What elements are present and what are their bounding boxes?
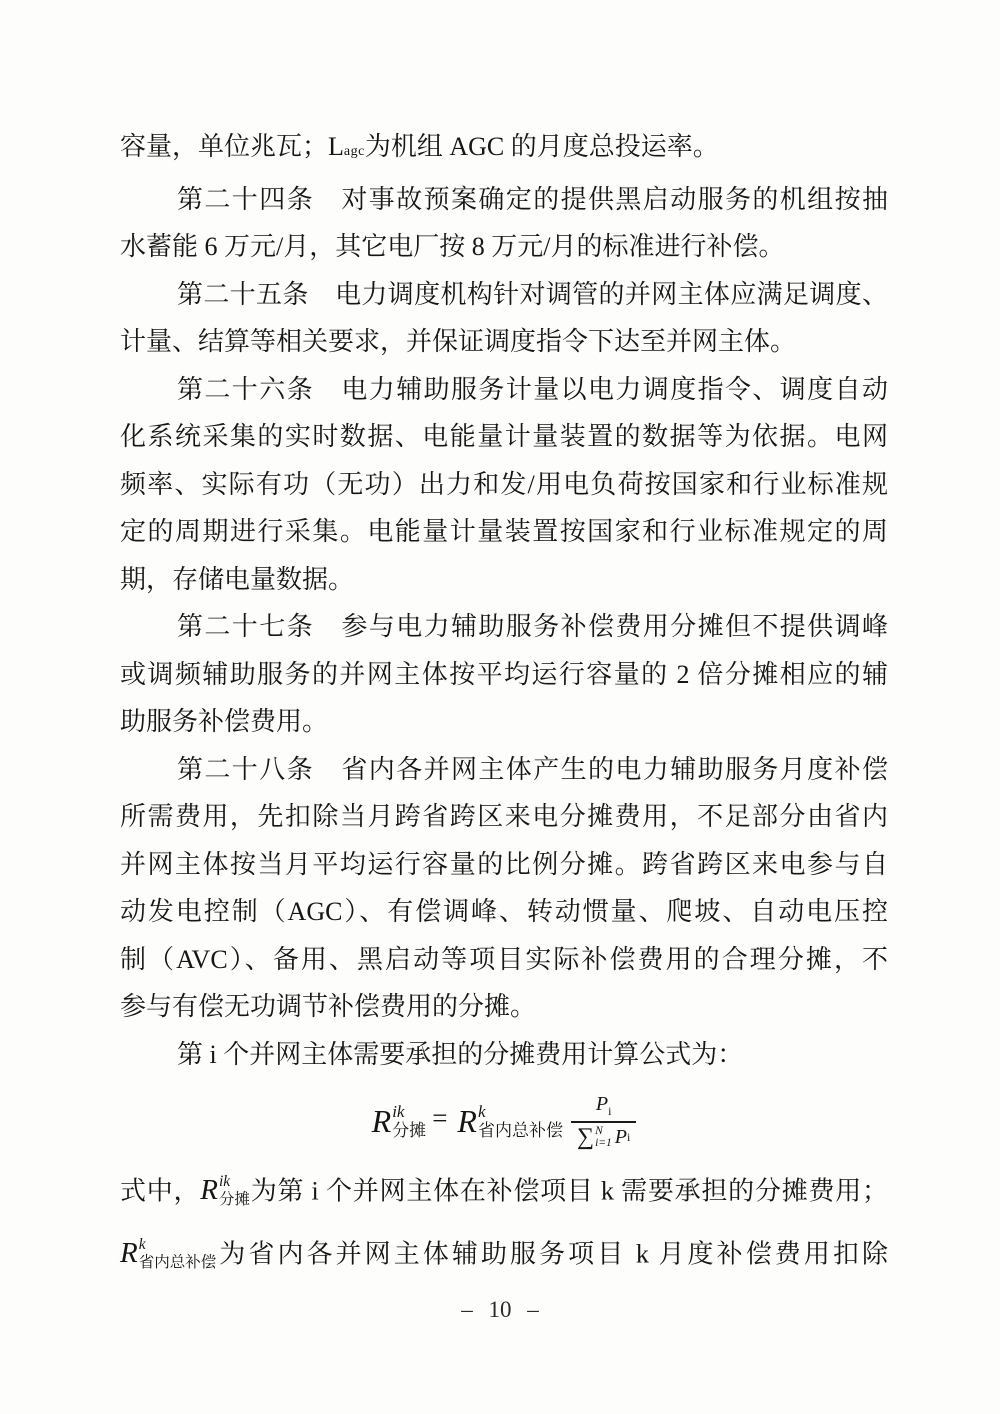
text-line: 所需费用，先扣除当月跨省跨区来电分摊费用，不足部分由省内 [120, 793, 888, 841]
lhs-supsub: ik 分摊 [392, 1102, 426, 1140]
text-line: Rk省内总补偿为省内各并网主体辅助服务项目 k 月度补偿费用扣除 [120, 1225, 888, 1288]
text-line: 参与有偿无功调节补偿费用的分摊。 [120, 983, 888, 1031]
text-line: 期，存储电量数据。 [120, 556, 888, 604]
text-line: 计量、结算等相关要求，并保证调度指令下达至并网主体。 [120, 318, 888, 366]
fraction-denominator: ∑ N i=1 Pi [571, 1121, 636, 1149]
text-line: 或调频辅助服务的并网主体按平均运行容量的 2 倍分摊相应的辅 [120, 651, 888, 699]
variable-R-total: Rk省内总补偿 [120, 1225, 216, 1282]
variable-L-agc: Lagc [328, 132, 365, 161]
fraction: Pi ∑ N i=1 Pi [571, 1093, 636, 1149]
document-page: 容量，单位兆瓦；Lagc为机组 AGC 的月度总投运率。 第二十四条 对事故预案… [0, 0, 1000, 1414]
text-line: 第二十四条 对事故预案确定的提供黑启动服务的机组按抽 [120, 176, 888, 224]
sigma-symbol: ∑ [577, 1125, 594, 1149]
line-text: 容量，单位兆瓦； [120, 132, 328, 161]
line-text: 式中， [120, 1176, 200, 1205]
allocation-formula: R ik 分摊 = R k 省内总补偿 Pi ∑ N [120, 1082, 888, 1160]
page-number: – 10 – [0, 1297, 1000, 1323]
text-line: 并网主体按当月平均运行容量的比例分摊。跨省跨区来电参与自 [120, 841, 888, 889]
text-line: 助服务补偿费用。 [120, 698, 888, 746]
sigma-limits: N i=1 [595, 1125, 612, 1149]
text-line: 式中，Rik分摊为第 i 个并网主体在补偿项目 k 需要承担的分摊费用； [120, 1162, 888, 1225]
text-body: 容量，单位兆瓦；Lagc为机组 AGC 的月度总投运率。 第二十四条 对事故预案… [120, 123, 888, 1288]
text-line: 第二十五条 电力调度机构针对调管的并网主体应满足调度、 [120, 271, 888, 319]
formula-lhs-variable: R ik 分摊 [372, 1102, 427, 1140]
text-line: 第二十七条 参与电力辅助服务补偿费用分摊但不提供调峰 [120, 603, 888, 651]
text-line: 水蓄能 6 万元/月，其它电厂按 8 万元/月的标准进行补偿。 [120, 223, 888, 271]
text-line: 容量，单位兆瓦；Lagc为机组 AGC 的月度总投运率。 [120, 123, 888, 176]
text-line: 频率、实际有功（无功）出力和发/用电负荷按国家和行业标准规 [120, 461, 888, 509]
line-text: 为机组 AGC 的月度总投运率。 [365, 132, 719, 161]
text-line: 第二十六条 电力辅助服务计量以电力调度指令、调度自动 [120, 366, 888, 414]
formula-rhs-variable: R k 省内总补偿 [457, 1102, 563, 1140]
equals-sign: = [432, 1103, 447, 1134]
line-text: 为省内各并网主体辅助服务项目 k 月度补偿费用扣除 [216, 1239, 888, 1268]
text-line: 动发电控制（AGC）、有偿调峰、转动惯量、爬坡、自动电压控 [120, 888, 888, 936]
text-line: 定的周期进行采集。电能量计量装置按国家和行业标准规定的周 [120, 508, 888, 556]
text-line: 第二十八条 省内各并网主体产生的电力辅助服务月度补偿 [120, 746, 888, 794]
variable-R-fentan: Rik分摊 [200, 1162, 250, 1219]
fraction-numerator: Pi [592, 1093, 616, 1121]
rhs-supsub: k 省内总补偿 [478, 1102, 563, 1140]
line-text: 为第 i 个并网主体在补偿项目 k 需要承担的分摊费用； [250, 1176, 888, 1205]
text-line: 第 i 个并网主体需要承担的分摊费用计算公式为： [120, 1031, 888, 1079]
text-line: 制（AVC）、备用、黑启动等项目实际补偿费用的合理分摊，不 [120, 936, 888, 984]
text-line: 化系统采集的实时数据、电能量计量装置的数据等为依据。电网 [120, 413, 888, 461]
